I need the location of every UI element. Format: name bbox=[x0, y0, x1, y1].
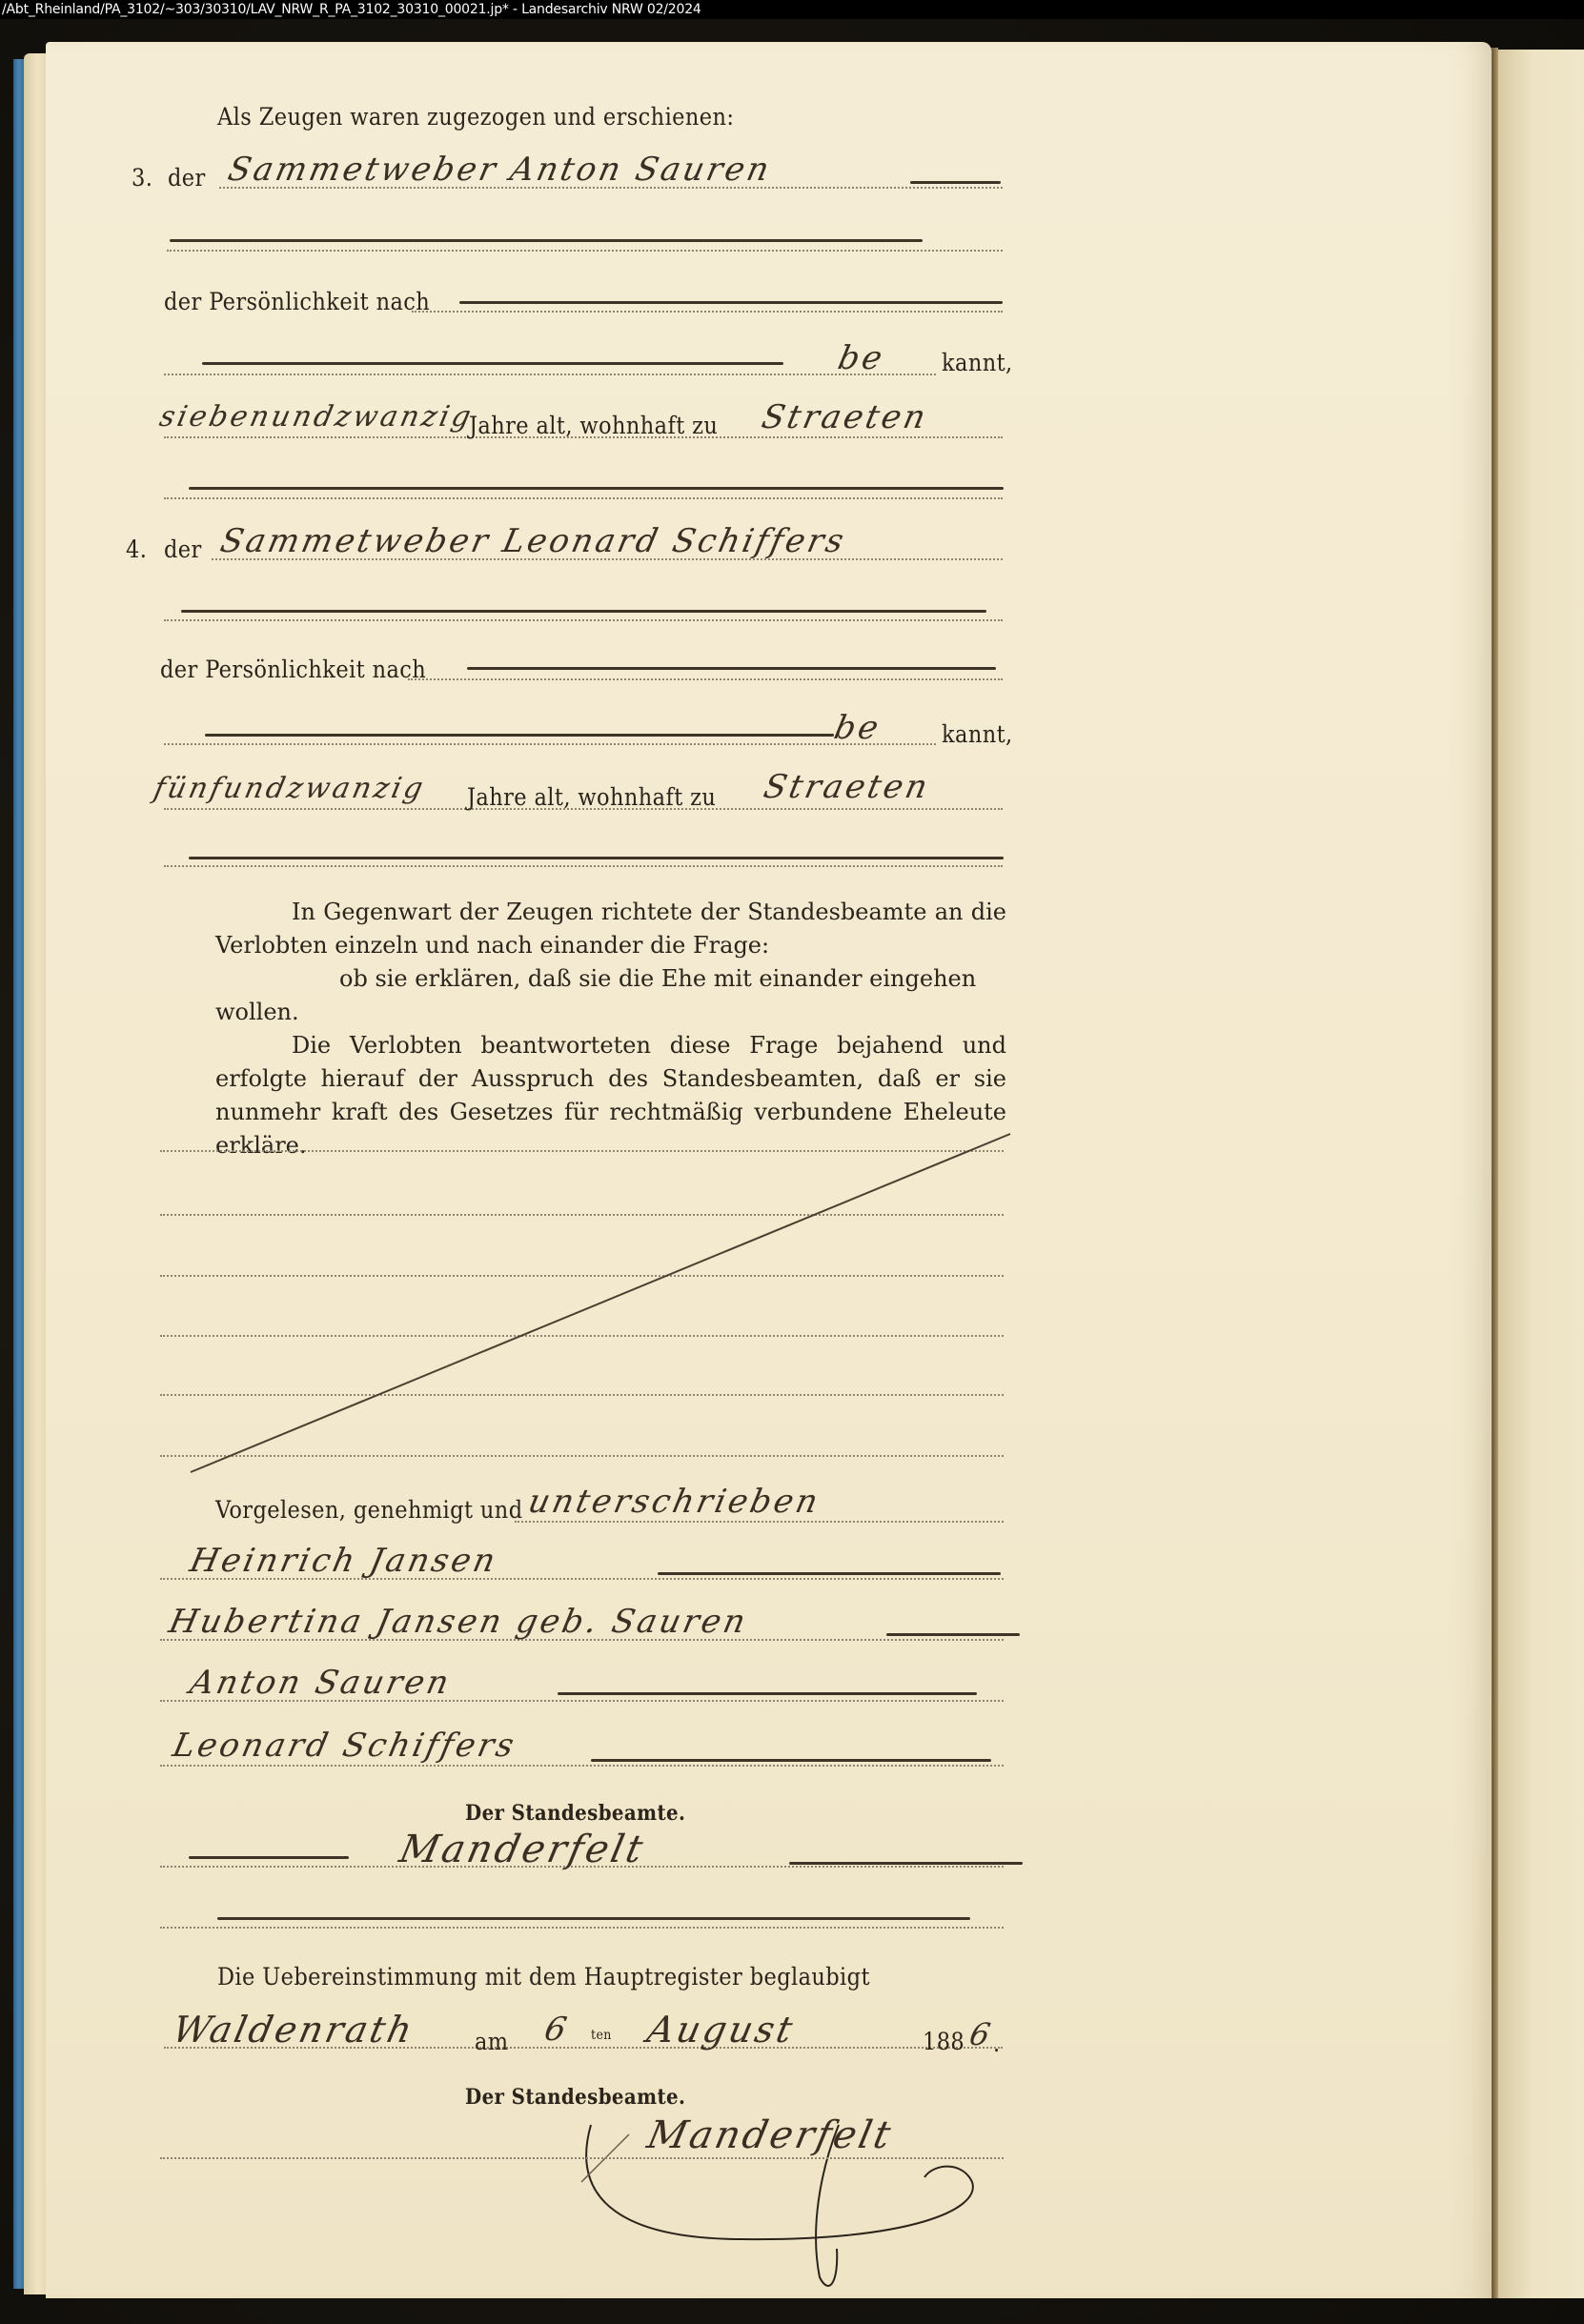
dotted-line bbox=[160, 1927, 1004, 1929]
certification-month: August bbox=[643, 2009, 799, 2051]
certification-day-suffix: ten bbox=[591, 2028, 612, 2043]
certification-am: am bbox=[475, 2028, 509, 2055]
signature-1: Heinrich Jansen bbox=[187, 1542, 501, 1580]
fill-rule bbox=[558, 1692, 977, 1695]
fill-rule bbox=[658, 1572, 1001, 1575]
certification-text: Die Uebereinstimmung mit dem Hauptregist… bbox=[217, 1963, 870, 1991]
dotted-line bbox=[515, 1521, 1004, 1523]
certification-year-period: . bbox=[993, 2030, 1001, 2057]
dotted-line bbox=[160, 2157, 1004, 2159]
fill-rule bbox=[591, 1759, 991, 1762]
certification-year-print: 188 bbox=[923, 2028, 965, 2055]
fill-rule bbox=[189, 1856, 349, 1859]
signature-3: Anton Sauren bbox=[187, 1664, 456, 1702]
certification-registrar-label: Der Standesbeamte. bbox=[465, 2085, 685, 2110]
certification-place: Waldenrath bbox=[169, 2009, 418, 2051]
closing-hand: unterschrieben bbox=[525, 1483, 824, 1521]
fill-rule bbox=[886, 1633, 1020, 1636]
certification-signature: Manderfelt bbox=[643, 2113, 897, 2157]
signature-4: Leonard Schiffers bbox=[170, 1727, 520, 1765]
registrar-label: Der Standesbeamte. bbox=[465, 1801, 685, 1826]
registrar-signature: Manderfelt bbox=[396, 1828, 649, 1871]
closing-label: Vorgelesen, genehmigt und bbox=[215, 1496, 523, 1524]
fill-rule bbox=[789, 1862, 1023, 1865]
fill-rule bbox=[217, 1917, 970, 1920]
dotted-line bbox=[160, 1765, 1004, 1767]
signature-2: Hubertina Jansen geb. Sauren bbox=[166, 1603, 752, 1641]
